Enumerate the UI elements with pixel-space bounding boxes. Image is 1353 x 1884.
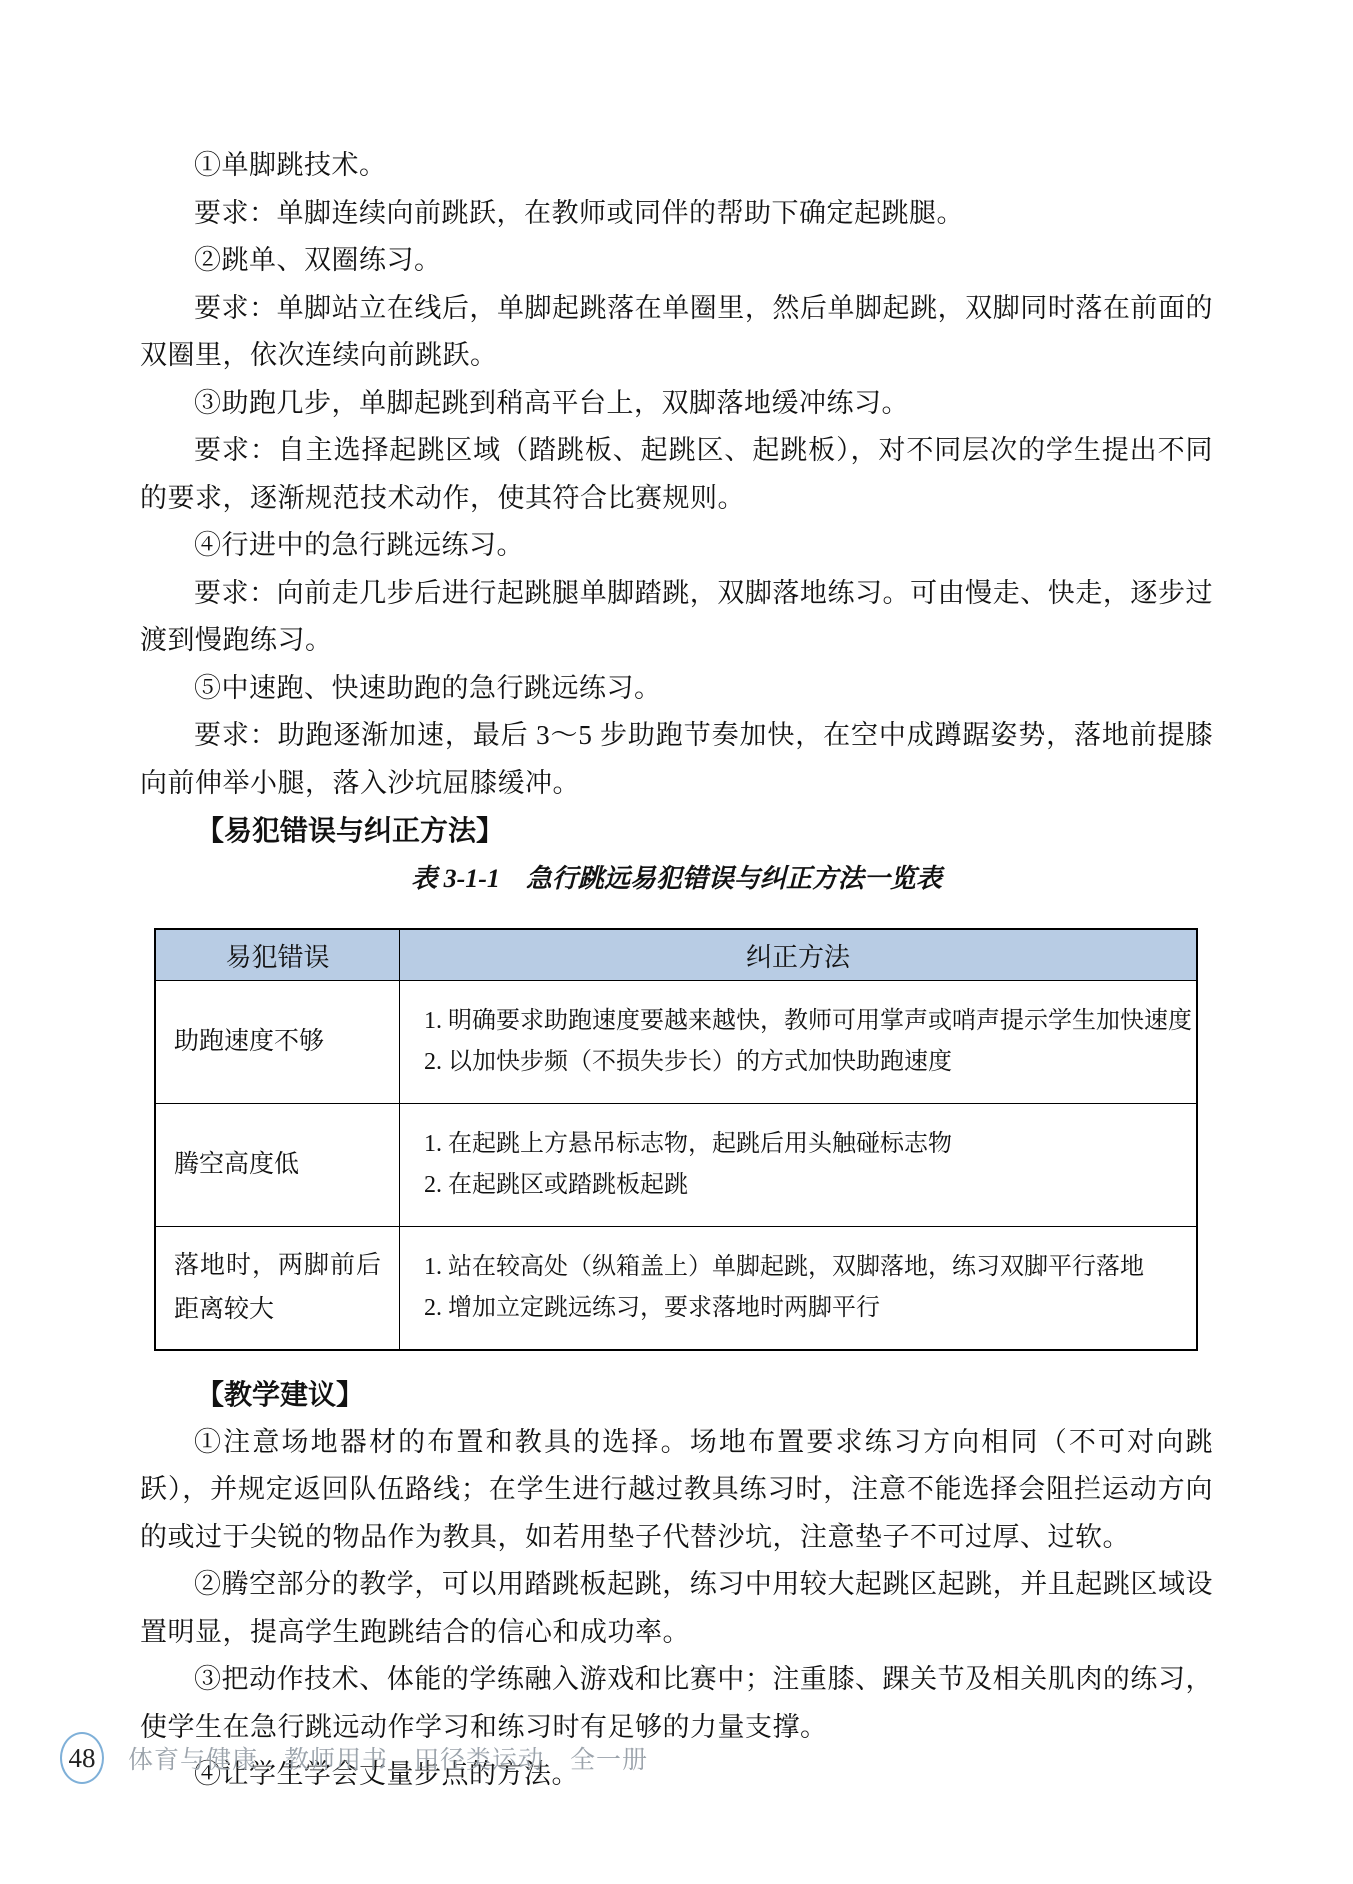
- section-heading-teaching: 【教学建议】: [140, 1371, 1213, 1419]
- body-paragraph: ①注意场地器材的布置和教具的选择。场地布置要求练习方向相同（不可对向跳跃），并规…: [140, 1419, 1213, 1562]
- section-heading-errors: 【易犯错误与纠正方法】: [140, 807, 1213, 855]
- table-header-method: 纠正方法: [400, 929, 1198, 981]
- method-line: 1. 在起跳上方悬吊标志物，起跳后用头触碰标志物: [424, 1124, 1180, 1165]
- methods-cell: 1. 站在较高处（纵箱盖上）单脚起跳，双脚落地，练习双脚平行落地 2. 增加立定…: [400, 1227, 1198, 1351]
- table-header-error: 易犯错误: [155, 929, 400, 981]
- method-line: 1. 明确要求助跑速度要越来越快，教师可用掌声或哨声提示学生加快速度: [424, 1001, 1180, 1042]
- body-paragraph: 要求：助跑逐渐加速，最后 3～5 步助跑节奏加快，在空中成蹲踞姿势，落地前提膝向…: [140, 712, 1213, 807]
- table-caption: 表 3-1-1 急行跳远易犯错误与纠正方法一览表: [140, 855, 1213, 903]
- body-paragraph: 要求：单脚站立在线后，单脚起跳落在单圈里，然后单脚起跳，双脚同时落在前面的双圈里…: [140, 285, 1213, 380]
- method-line: 2. 以加快步频（不损失步长）的方式加快助跑速度: [424, 1042, 1180, 1083]
- body-paragraph: ③助跑几步，单脚起跳到稍高平台上，双脚落地缓冲练习。: [140, 380, 1213, 428]
- body-paragraph: 要求：自主选择起跳区域（踏跳板、起跳区、起跳板），对不同层次的学生提出不同的要求…: [140, 427, 1213, 522]
- book-page: ①单脚跳技术。 要求：单脚连续向前跳跃，在教师或同伴的帮助下确定起跳腿。 ②跳单…: [0, 0, 1353, 1884]
- body-paragraph: 要求：单脚连续向前跳跃，在教师或同伴的帮助下确定起跳腿。: [140, 190, 1213, 238]
- body-paragraph: 要求：向前走几步后进行起跳腿单脚踏跳，双脚落地练习。可由慢走、快走，逐步过渡到慢…: [140, 570, 1213, 665]
- methods-cell: 1. 明确要求助跑速度要越来越快，教师可用掌声或哨声提示学生加快速度 2. 以加…: [400, 981, 1198, 1104]
- table-row: 落地时，两脚前后距离较大 1. 站在较高处（纵箱盖上）单脚起跳，双脚落地，练习双…: [155, 1227, 1197, 1351]
- table-header-row: 易犯错误 纠正方法: [155, 929, 1197, 981]
- method-line: 2. 在起跳区或踏跳板起跳: [424, 1165, 1180, 1206]
- page-body: ①单脚跳技术。 要求：单脚连续向前跳跃，在教师或同伴的帮助下确定起跳腿。 ②跳单…: [140, 142, 1213, 1799]
- page-footer: 48 体育与健康 教师用书 田径类运动 全一册: [60, 1732, 648, 1784]
- body-paragraph: ④行进中的急行跳远练习。: [140, 522, 1213, 570]
- footer-book-title: 体育与健康 教师用书 田径类运动 全一册: [128, 1740, 648, 1776]
- page-number-badge: 48: [60, 1732, 104, 1784]
- error-cell: 助跑速度不够: [155, 981, 400, 1104]
- method-line: 2. 增加立定跳远练习，要求落地时两脚平行: [424, 1288, 1180, 1329]
- methods-cell: 1. 在起跳上方悬吊标志物，起跳后用头触碰标志物 2. 在起跳区或踏跳板起跳: [400, 1104, 1198, 1227]
- error-cell: 落地时，两脚前后距离较大: [155, 1227, 400, 1351]
- body-paragraph: ②跳单、双圈练习。: [140, 237, 1213, 285]
- error-cell: 腾空高度低: [155, 1104, 400, 1227]
- method-line: 1. 站在较高处（纵箱盖上）单脚起跳，双脚落地，练习双脚平行落地: [424, 1247, 1180, 1288]
- table-header: 易犯错误 纠正方法: [155, 929, 1197, 981]
- error-correction-table: 易犯错误 纠正方法 助跑速度不够 1. 明确要求助跑速度要越来越快，教师可用掌声…: [154, 928, 1198, 1351]
- body-paragraph: ①单脚跳技术。: [140, 142, 1213, 190]
- body-paragraph: ②腾空部分的教学，可以用踏跳板起跳，练习中用较大起跳区起跳，并且起跳区域设置明显…: [140, 1561, 1213, 1656]
- table-row: 助跑速度不够 1. 明确要求助跑速度要越来越快，教师可用掌声或哨声提示学生加快速…: [155, 981, 1197, 1104]
- page-number: 48: [69, 1743, 96, 1774]
- body-paragraph: ⑤中速跑、快速助跑的急行跳远练习。: [140, 665, 1213, 713]
- table-row: 腾空高度低 1. 在起跳上方悬吊标志物，起跳后用头触碰标志物 2. 在起跳区或踏…: [155, 1104, 1197, 1227]
